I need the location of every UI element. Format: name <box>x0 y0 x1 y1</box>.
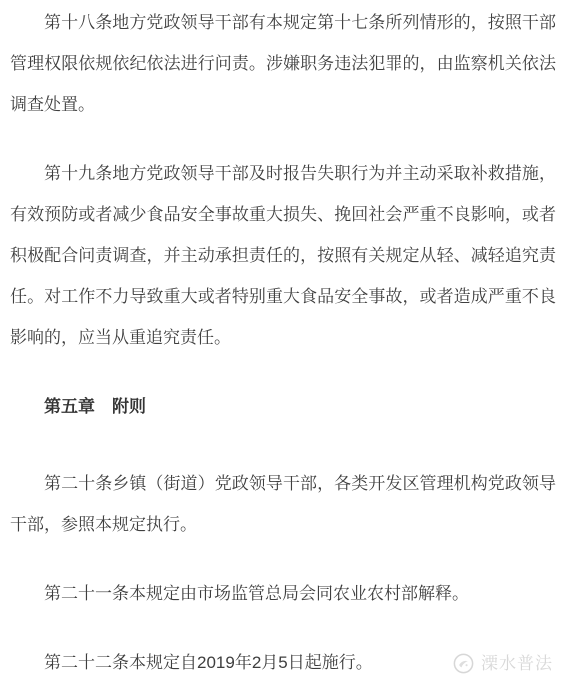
article-page: 第十八条地方党政领导干部有本规定第十七条所列情形的，按照干部管理权限依规依纪依法… <box>0 0 566 688</box>
chapter-heading: 第五章 附则 <box>10 386 556 427</box>
paragraph-article-20: 第二十条乡镇（街道）党政领导干部，各类开发区管理机构党政领导干部，参照本规定执行… <box>10 463 556 545</box>
paragraph-article-18: 第十八条地方党政领导干部有本规定第十七条所列情形的，按照干部管理权限依规依纪依法… <box>10 2 556 125</box>
paragraph-article-19: 第十九条地方党政领导干部及时报告失职行为并主动采取补救措施，有效预防或者减少食品… <box>10 153 556 358</box>
watermark-text: 溧水普法 <box>481 652 553 675</box>
lishui-pufa-logo-icon <box>452 652 475 675</box>
paragraph-article-21: 第二十一条本规定由市场监管总局会同农业农村部解释。 <box>10 573 556 614</box>
watermark: 溧水普法 <box>452 652 553 675</box>
